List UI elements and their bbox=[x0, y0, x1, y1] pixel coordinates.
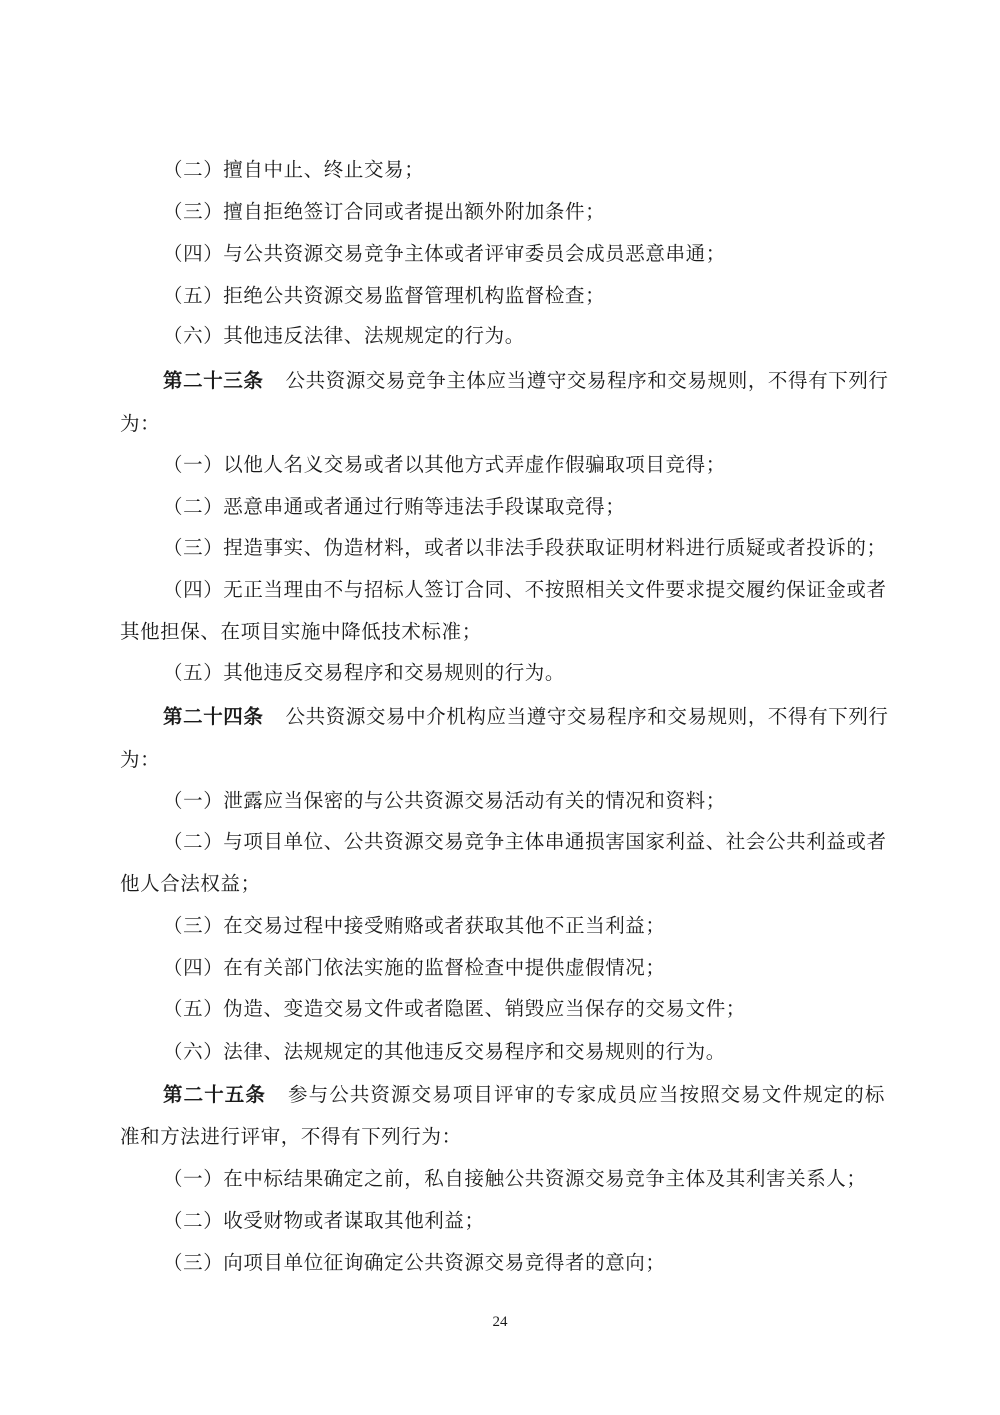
line-text: （四）与公共资源交易竞争主体或者评审委员会成员恶意串通； bbox=[163, 242, 726, 265]
paragraph-line: （五）拒绝公共资源交易监督管理机构监督检查； bbox=[163, 284, 885, 308]
line-text: 为： bbox=[120, 412, 160, 435]
line-text: （三）向项目单位征询确定公共资源交易竞得者的意向； bbox=[163, 1251, 666, 1274]
document-page: （二）擅自中止、终止交易；（三）擅自拒绝签订合同或者提出额外附加条件；（四）与公… bbox=[0, 0, 1000, 1415]
paragraph-line: （五）伪造、变造交易文件或者隐匿、销毁应当保存的交易文件； bbox=[163, 997, 885, 1021]
line-text: （五）其他违反交易程序和交易规则的行为。 bbox=[163, 661, 565, 684]
article-number: 第二十三条 bbox=[163, 369, 264, 392]
line-text: （二）收受财物或者谋取其他利益； bbox=[163, 1209, 485, 1232]
line-text: （二）擅自中止、终止交易； bbox=[163, 158, 424, 181]
line-text: （六）法律、法规规定的其他违反交易程序和交易规则的行为。 bbox=[163, 1040, 726, 1063]
paragraph-line: （三）擅自拒绝签订合同或者提出额外附加条件； bbox=[163, 200, 885, 224]
paragraph-line: （四）在有关部门依法实施的监督检查中提供虚假情况； bbox=[163, 956, 885, 980]
paragraph-line: （二）恶意串通或者通过行贿等违法手段谋取竞得； bbox=[163, 495, 885, 519]
line-text: （四）在有关部门依法实施的监督检查中提供虚假情况； bbox=[163, 956, 666, 979]
article-number: 第二十四条 bbox=[163, 705, 264, 728]
paragraph-line: 准和方法进行评审，不得有下列行为： bbox=[120, 1125, 885, 1149]
line-text: 公共资源交易竞争主体应当遵守交易程序和交易规则，不得有下列行 bbox=[286, 369, 889, 392]
paragraph-line: （三）捏造事实、伪造材料，或者以非法手段获取证明材料进行质疑或者投诉的； bbox=[163, 536, 885, 560]
paragraph-line: （三）在交易过程中接受贿赂或者获取其他不正当利益； bbox=[163, 914, 885, 938]
paragraph-line: （一）在中标结果确定之前，私自接触公共资源交易竞争主体及其利害关系人； bbox=[163, 1167, 885, 1191]
paragraph-line: 为： bbox=[120, 412, 885, 436]
paragraph-line: （六）法律、法规规定的其他违反交易程序和交易规则的行为。 bbox=[163, 1040, 885, 1064]
line-text: （五）伪造、变造交易文件或者隐匿、销毁应当保存的交易文件； bbox=[163, 997, 746, 1020]
line-text: （三）擅自拒绝签订合同或者提出额外附加条件； bbox=[163, 200, 605, 223]
line-text: 为： bbox=[120, 748, 160, 771]
paragraph-line: （一）泄露应当保密的与公共资源交易活动有关的情况和资料； bbox=[163, 789, 885, 813]
paragraph-line: （二）收受财物或者谋取其他利益； bbox=[163, 1209, 885, 1233]
article-heading-line: 第二十四条公共资源交易中介机构应当遵守交易程序和交易规则，不得有下列行 bbox=[163, 705, 885, 729]
line-text: （一）在中标结果确定之前，私自接触公共资源交易竞争主体及其利害关系人； bbox=[163, 1167, 867, 1190]
article-heading-line: 第二十三条公共资源交易竞争主体应当遵守交易程序和交易规则，不得有下列行 bbox=[163, 369, 885, 393]
paragraph-line: （一）以他人名义交易或者以其他方式弄虚作假骗取项目竞得； bbox=[163, 453, 885, 477]
line-text: （六）其他违反法律、法规规定的行为。 bbox=[163, 324, 525, 347]
article-number: 第二十五条 bbox=[163, 1083, 266, 1106]
paragraph-line: （二）与项目单位、公共资源交易竞争主体串通损害国家利益、社会公共利益或者 bbox=[163, 830, 885, 854]
line-text: 准和方法进行评审，不得有下列行为： bbox=[120, 1125, 462, 1148]
line-text: 公共资源交易中介机构应当遵守交易程序和交易规则，不得有下列行 bbox=[286, 705, 889, 728]
paragraph-line: （五）其他违反交易程序和交易规则的行为。 bbox=[163, 661, 885, 685]
line-text: （五）拒绝公共资源交易监督管理机构监督检查； bbox=[163, 284, 605, 307]
article-heading-line: 第二十五条参与公共资源交易项目评审的专家成员应当按照交易文件规定的标 bbox=[163, 1083, 885, 1107]
paragraph-line: 为： bbox=[120, 748, 885, 772]
paragraph-line: （三）向项目单位征询确定公共资源交易竞得者的意向； bbox=[163, 1251, 885, 1275]
paragraph-line: （六）其他违反法律、法规规定的行为。 bbox=[163, 324, 885, 348]
page-number: 24 bbox=[0, 1314, 1000, 1331]
line-text: （二）与项目单位、公共资源交易竞争主体串通损害国家利益、社会公共利益或者 bbox=[163, 830, 887, 853]
line-text: （一）泄露应当保密的与公共资源交易活动有关的情况和资料； bbox=[163, 789, 726, 812]
paragraph-line: 其他担保、在项目实施中降低技术标准； bbox=[120, 620, 885, 644]
paragraph-line: 他人合法权益； bbox=[120, 872, 885, 896]
line-text: （三）在交易过程中接受贿赂或者获取其他不正当利益； bbox=[163, 914, 666, 937]
line-text: （三）捏造事实、伪造材料，或者以非法手段获取证明材料进行质疑或者投诉的； bbox=[163, 536, 887, 559]
line-text: 参与公共资源交易项目评审的专家成员应当按照交易文件规定的标 bbox=[288, 1083, 885, 1106]
paragraph-line: （四）无正当理由不与招标人签订合同、不按照相关文件要求提交履约保证金或者 bbox=[163, 578, 885, 602]
line-text: （四）无正当理由不与招标人签订合同、不按照相关文件要求提交履约保证金或者 bbox=[163, 578, 887, 601]
line-text: 其他担保、在项目实施中降低技术标准； bbox=[120, 620, 482, 643]
line-text: （二）恶意串通或者通过行贿等违法手段谋取竞得； bbox=[163, 495, 625, 518]
line-text: 他人合法权益； bbox=[120, 872, 261, 895]
paragraph-line: （二）擅自中止、终止交易； bbox=[163, 158, 885, 182]
line-text: （一）以他人名义交易或者以其他方式弄虚作假骗取项目竞得； bbox=[163, 453, 726, 476]
paragraph-line: （四）与公共资源交易竞争主体或者评审委员会成员恶意串通； bbox=[163, 242, 885, 266]
